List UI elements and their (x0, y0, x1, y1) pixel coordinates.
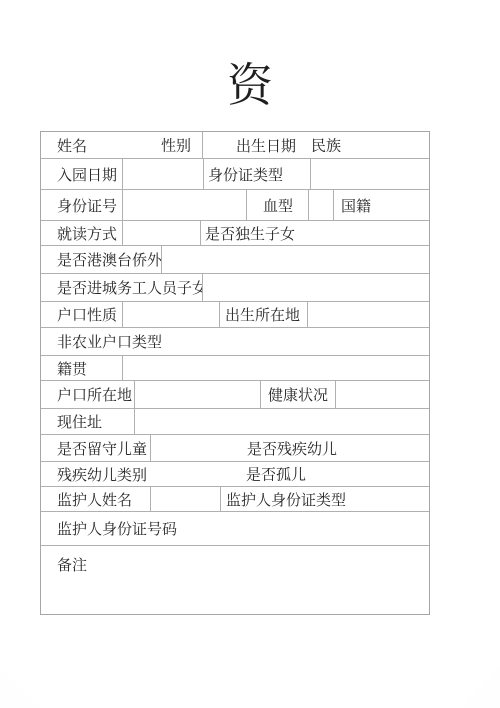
hukou-place-label-cell: 户口所在地 (41, 381, 135, 408)
disability-type-label: 残疾幼儿类别 (57, 464, 147, 485)
hukou-type-label-cell: 户口性质 (41, 302, 123, 327)
id-type-value-cell[interactable] (311, 159, 429, 189)
table-row: 现住址 (41, 409, 429, 435)
non-agri-hukou-cell[interactable]: 非农业户口类型 (41, 328, 429, 355)
blood-type-label-cell: 血型 (247, 190, 309, 220)
table-row: 入园日期 身份证类型 (41, 159, 429, 190)
birth-place-label: 出生所在地 (225, 304, 300, 325)
table-row: 非农业户口类型 (41, 328, 429, 356)
only-child-label: 是否独生子女 (205, 223, 295, 244)
migrant-child-label: 是否进城务工人员子女 (57, 277, 203, 298)
birth-place-label-cell: 出生所在地 (220, 302, 308, 327)
hukou-place-label: 户口所在地 (57, 384, 132, 405)
table-row: 残疾幼儿类别 是否孤儿 (41, 462, 429, 487)
health-value-cell[interactable] (336, 381, 429, 408)
id-number-label: 身份证号 (57, 195, 117, 216)
guardian-id-type-label: 监护人身份证类型 (226, 489, 346, 510)
left-behind-label: 是否留守儿童 (57, 438, 147, 459)
table-row: 姓名 性别 出生日期 民族 (41, 132, 429, 159)
disabled-child-cell[interactable]: 是否残疾幼儿 (151, 435, 429, 461)
study-mode-label-cell: 就读方式 (41, 221, 123, 245)
enroll-date-label: 入园日期 (57, 164, 117, 185)
page: 资 姓名 性别 出生日期 民族 入园日期 身份证类型 (0, 0, 500, 708)
hmt-overseas-label: 是否港澳台侨外 (57, 249, 162, 270)
table-row: 是否进城务工人员子女 (41, 274, 429, 302)
guardian-id-type-cell[interactable]: 监护人身份证类型 (221, 487, 429, 511)
nationality-cell[interactable]: 国籍 (334, 190, 429, 220)
table-row: 户口所在地 健康状况 (41, 381, 429, 409)
native-place-value-cell[interactable] (123, 356, 429, 380)
page-title: 资 (0, 56, 500, 114)
gender-label: 性别 (161, 135, 191, 156)
left-behind-label-cell: 是否留守儿童 (41, 435, 151, 461)
disabled-child-label: 是否残疾幼儿 (247, 438, 337, 459)
native-place-label: 籍贯 (57, 358, 87, 379)
only-child-cell[interactable]: 是否独生子女 (201, 221, 429, 245)
table-row: 是否港澳台侨外 (41, 246, 429, 274)
guardian-name-value-cell[interactable] (151, 487, 221, 511)
guardian-name-label: 监护人姓名 (57, 489, 132, 510)
disability-type-orphan-cell[interactable]: 残疾幼儿类别 是否孤儿 (41, 462, 429, 486)
migrant-child-value-cell[interactable] (203, 274, 429, 301)
table-row: 是否留守儿童 是否残疾幼儿 (41, 435, 429, 462)
table-row: 籍贯 (41, 356, 429, 381)
study-mode-value-cell[interactable] (123, 221, 201, 245)
id-type-label-cell: 身份证类型 (204, 159, 311, 189)
hukou-type-value-cell[interactable] (123, 302, 220, 327)
birth-place-value-cell[interactable] (308, 302, 429, 327)
blood-type-label: 血型 (263, 195, 293, 216)
remarks-cell[interactable]: 备注 (41, 546, 429, 614)
hukou-type-label: 户口性质 (57, 304, 117, 325)
blood-type-value-cell[interactable] (309, 190, 334, 220)
table-row: 监护人身份证号码 (41, 512, 429, 546)
current-address-value-cell[interactable] (135, 409, 429, 434)
orphan-label: 是否孤儿 (246, 464, 306, 485)
birth-date-ethnicity-cell[interactable]: 出生日期 民族 (203, 132, 429, 158)
registration-form-table: 姓名 性别 出生日期 民族 入园日期 身份证类型 身份证号 (40, 131, 430, 615)
id-number-label-cell: 身份证号 (41, 190, 123, 220)
non-agri-hukou-label: 非农业户口类型 (57, 331, 162, 352)
name-gender-cell[interactable]: 姓名 性别 (41, 132, 203, 158)
migrant-child-label-cell: 是否进城务工人员子女 (41, 274, 203, 301)
table-row: 备注 (41, 546, 429, 614)
hukou-place-value-cell[interactable] (135, 381, 261, 408)
birth-date-label: 出生日期 (236, 135, 296, 156)
current-address-label-cell: 现住址 (41, 409, 135, 434)
hmt-overseas-label-cell: 是否港澳台侨外 (41, 246, 162, 273)
name-label: 姓名 (57, 135, 87, 156)
current-address-label: 现住址 (57, 411, 102, 432)
guardian-id-number-cell[interactable]: 监护人身份证号码 (41, 512, 429, 545)
enroll-date-value-cell[interactable] (123, 159, 204, 189)
ethnicity-label: 民族 (311, 135, 341, 156)
native-place-label-cell: 籍贯 (41, 356, 123, 380)
nationality-label: 国籍 (341, 195, 371, 216)
guardian-name-label-cell: 监护人姓名 (41, 487, 151, 511)
guardian-id-number-label: 监护人身份证号码 (57, 518, 177, 539)
id-number-value-cell[interactable] (123, 190, 247, 220)
enroll-date-label-cell: 入园日期 (41, 159, 123, 189)
study-mode-label: 就读方式 (57, 223, 117, 244)
table-row: 户口性质 出生所在地 (41, 302, 429, 328)
id-type-label: 身份证类型 (208, 164, 283, 185)
hmt-overseas-value-cell[interactable] (162, 246, 429, 273)
table-row: 监护人姓名 监护人身份证类型 (41, 487, 429, 512)
table-row: 就读方式 是否独生子女 (41, 221, 429, 246)
health-label-cell: 健康状况 (261, 381, 336, 408)
health-label: 健康状况 (268, 384, 328, 405)
table-row: 身份证号 血型 国籍 (41, 190, 429, 221)
remarks-label: 备注 (57, 554, 87, 575)
